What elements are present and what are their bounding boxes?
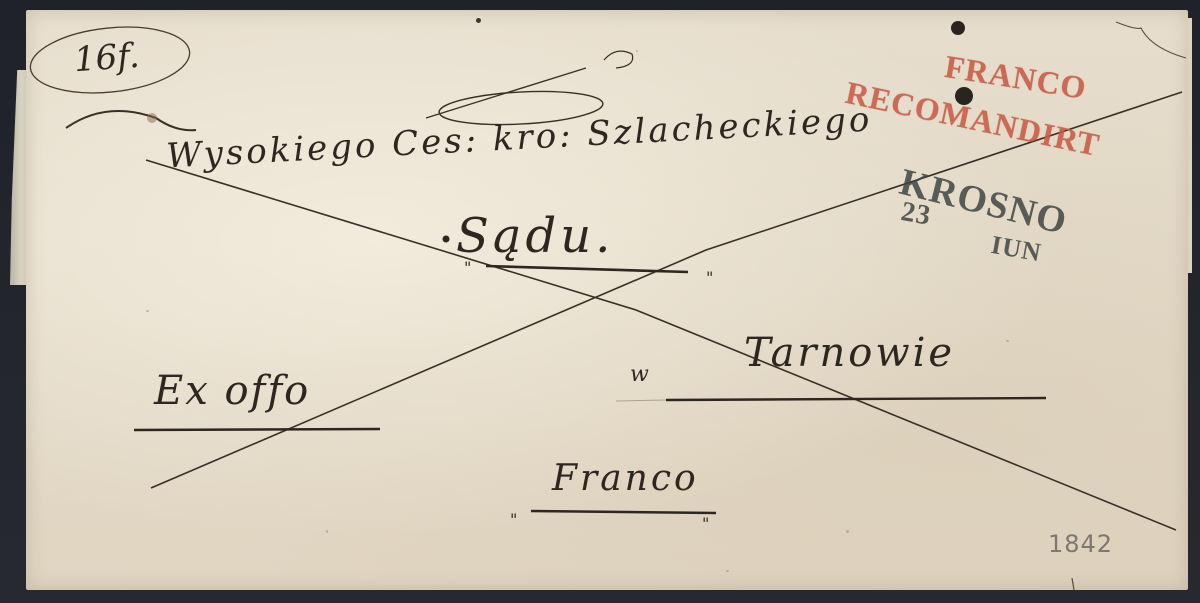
ink-strokes — [26, 10, 1188, 590]
photo-scene: 16f. P.T. Wysokiego Ces: kro: Szlachecki… — [0, 0, 1200, 603]
franco-handwritten: Franco — [552, 458, 699, 499]
address-preposition: w — [630, 362, 649, 387]
address-line-2: Sądu. — [456, 208, 614, 264]
ditto-mark: " — [702, 514, 709, 533]
town-cancel-day: 23 — [898, 196, 933, 233]
ex-officio-note: Ex offo — [154, 368, 310, 414]
docket-number: 16f. — [73, 36, 141, 80]
pencil-year-note: 1842 — [1048, 530, 1113, 558]
ditto-mark: " — [706, 268, 713, 287]
letter-cover: 16f. P.T. Wysokiego Ces: kro: Szlachecki… — [26, 10, 1188, 590]
address-line-3: Tarnowie — [744, 330, 955, 376]
ditto-mark: " — [510, 510, 517, 529]
ditto-mark: " — [464, 258, 471, 277]
